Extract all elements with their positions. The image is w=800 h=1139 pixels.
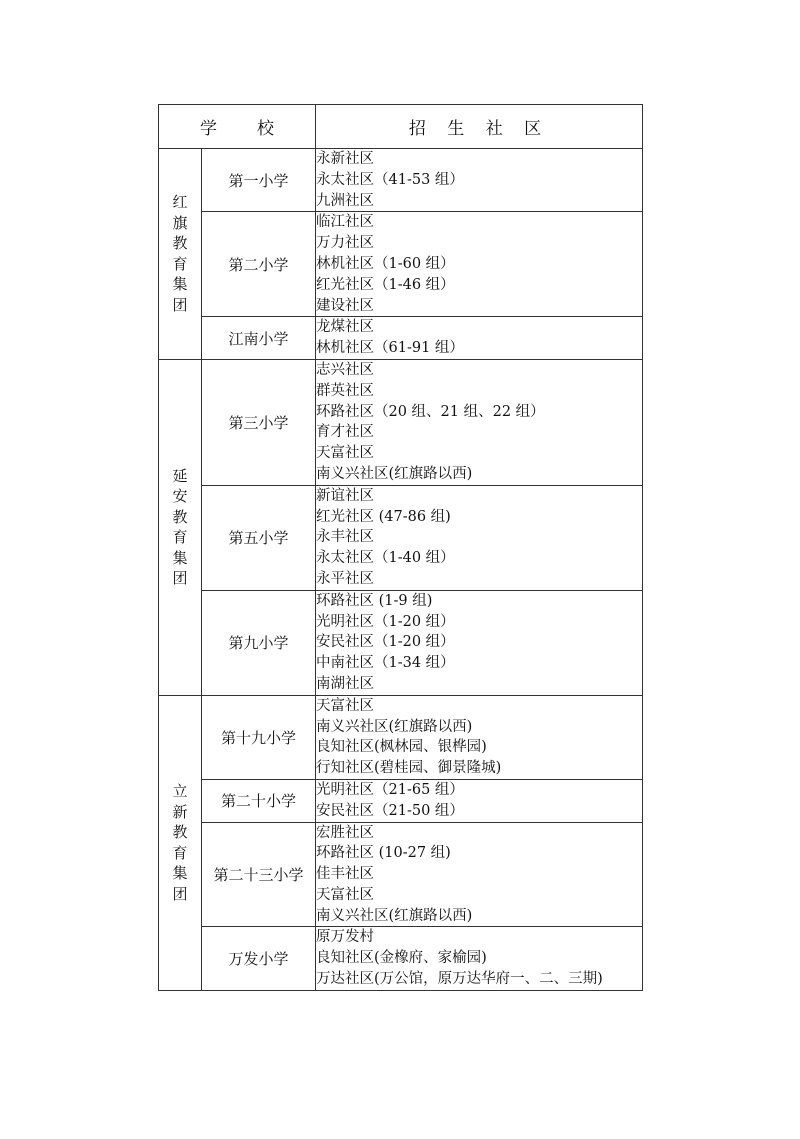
community-item: 万达社区(万公馆，原万达华府一、二、三期) bbox=[316, 969, 642, 990]
community-list: 龙煤社区林机社区（61-91 组） bbox=[316, 317, 643, 360]
school-name: 第九小学 bbox=[202, 590, 316, 695]
community-list: 光明社区（21-65 组）安民社区（21-50 组） bbox=[316, 779, 643, 822]
community-item: 南湖社区 bbox=[316, 674, 642, 695]
community-item: 林机社区（1-60 组） bbox=[316, 254, 642, 275]
community-item: 环路社区 (10-27 组) bbox=[316, 843, 642, 864]
community-list: 永新社区永太社区（41-53 组）九洲社区 bbox=[316, 149, 643, 212]
community-item: 南义兴社区(红旗路以西) bbox=[316, 906, 642, 927]
header-school-char1: 学 bbox=[200, 119, 217, 139]
community-item: 龙煤社区 bbox=[316, 317, 642, 338]
community-item: 安民社区（1-20 组） bbox=[316, 632, 642, 653]
community-list: 原万发村良知社区(金橡府、家榆园)万达社区(万公馆，原万达华府一、二、三期) bbox=[316, 927, 643, 990]
community-item: 永太社区（41-53 组） bbox=[316, 170, 642, 191]
community-item: 九洲社区 bbox=[316, 191, 642, 212]
community-item: 育才社区 bbox=[316, 422, 642, 443]
table-row: 第二小学临江社区万力社区林机社区（1-60 组）红光社区（1-46 组）建设社区 bbox=[159, 212, 643, 317]
community-item: 宏胜社区 bbox=[316, 823, 642, 844]
table-row: 红旗教育集团第一小学永新社区永太社区（41-53 组）九洲社区 bbox=[159, 149, 643, 212]
community-list: 环路社区 (1-9 组)光明社区（1-20 组）安民社区（1-20 组）中南社区… bbox=[316, 590, 643, 695]
table-row: 第二十小学光明社区（21-65 组）安民社区（21-50 组） bbox=[159, 779, 643, 822]
community-item: 光明社区（1-20 组） bbox=[316, 612, 642, 633]
community-item: 永平社区 bbox=[316, 569, 642, 590]
table-row: 延安教育集团第三小学志兴社区群英社区环路社区（20 组、21 组、22 组）育才… bbox=[159, 359, 643, 485]
community-item: 建设社区 bbox=[316, 296, 642, 317]
community-item: 行知社区(碧桂园、御景隆城) bbox=[316, 758, 642, 779]
community-item: 永太社区（1-40 组） bbox=[316, 548, 642, 569]
community-item: 环路社区（20 组、21 组、22 组） bbox=[316, 402, 642, 423]
school-name: 江南小学 bbox=[202, 317, 316, 360]
community-item: 安民社区（21-50 组） bbox=[316, 801, 642, 822]
group-name-text: 延安教育集团 bbox=[172, 466, 188, 589]
enrollment-table: 学校 招 生 社 区 红旗教育集团第一小学永新社区永太社区（41-53 组）九洲… bbox=[158, 104, 643, 991]
community-list: 天富社区南义兴社区(红旗路以西)良知社区(枫林园、银桦园)行知社区(碧桂园、御景… bbox=[316, 695, 643, 779]
community-item: 天富社区 bbox=[316, 696, 642, 717]
community-item: 南义兴社区(红旗路以西) bbox=[316, 464, 642, 485]
community-item: 新谊社区 bbox=[316, 486, 642, 507]
community-list: 志兴社区群英社区环路社区（20 组、21 组、22 组）育才社区天富社区南义兴社… bbox=[316, 359, 643, 485]
group-name-text: 红旗教育集团 bbox=[172, 192, 188, 315]
community-item: 天富社区 bbox=[316, 443, 642, 464]
group-name: 延安教育集团 bbox=[159, 359, 202, 695]
school-name: 第十九小学 bbox=[202, 695, 316, 779]
community-list: 临江社区万力社区林机社区（1-60 组）红光社区（1-46 组）建设社区 bbox=[316, 212, 643, 317]
header-school-char2: 校 bbox=[257, 119, 274, 139]
community-item: 林机社区（61-91 组） bbox=[316, 338, 642, 359]
school-name: 万发小学 bbox=[202, 927, 316, 990]
header-communities: 招 生 社 区 bbox=[316, 105, 643, 149]
community-item: 万力社区 bbox=[316, 233, 642, 254]
header-school: 学校 bbox=[159, 105, 316, 149]
school-name: 第五小学 bbox=[202, 485, 316, 590]
school-name: 第二小学 bbox=[202, 212, 316, 317]
community-list: 新谊社区红光社区 (47-86 组)永丰社区永太社区（1-40 组）永平社区 bbox=[316, 485, 643, 590]
community-item: 红光社区 (47-86 组) bbox=[316, 507, 642, 528]
school-name: 第一小学 bbox=[202, 149, 316, 212]
community-list: 宏胜社区环路社区 (10-27 组)佳丰社区天富社区南义兴社区(红旗路以西) bbox=[316, 822, 643, 927]
community-item: 良知社区(枫林园、银桦园) bbox=[316, 737, 642, 758]
community-item: 永丰社区 bbox=[316, 527, 642, 548]
school-name: 第二十小学 bbox=[202, 779, 316, 822]
community-item: 天富社区 bbox=[316, 885, 642, 906]
header-row: 学校 招 生 社 区 bbox=[159, 105, 643, 149]
table-row: 第五小学新谊社区红光社区 (47-86 组)永丰社区永太社区（1-40 组）永平… bbox=[159, 485, 643, 590]
school-name: 第二十三小学 bbox=[202, 822, 316, 927]
community-item: 环路社区 (1-9 组) bbox=[316, 591, 642, 612]
community-item: 志兴社区 bbox=[316, 360, 642, 381]
community-item: 临江社区 bbox=[316, 212, 642, 233]
community-item: 原万发村 bbox=[316, 927, 642, 948]
group-name: 立新教育集团 bbox=[159, 695, 202, 990]
table-row: 立新教育集团第十九小学天富社区南义兴社区(红旗路以西)良知社区(枫林园、银桦园)… bbox=[159, 695, 643, 779]
community-item: 群英社区 bbox=[316, 381, 642, 402]
school-name: 第三小学 bbox=[202, 359, 316, 485]
table-row: 万发小学原万发村良知社区(金橡府、家榆园)万达社区(万公馆，原万达华府一、二、三… bbox=[159, 927, 643, 990]
community-item: 光明社区（21-65 组） bbox=[316, 780, 642, 801]
table-row: 江南小学龙煤社区林机社区（61-91 组） bbox=[159, 317, 643, 360]
community-item: 佳丰社区 bbox=[316, 864, 642, 885]
community-item: 南义兴社区(红旗路以西) bbox=[316, 717, 642, 738]
table-row: 第九小学环路社区 (1-9 组)光明社区（1-20 组）安民社区（1-20 组）… bbox=[159, 590, 643, 695]
group-name: 红旗教育集团 bbox=[159, 149, 202, 360]
community-item: 中南社区（1-34 组） bbox=[316, 653, 642, 674]
community-item: 永新社区 bbox=[316, 149, 642, 170]
community-item: 红光社区（1-46 组） bbox=[316, 275, 642, 296]
table-row: 第二十三小学宏胜社区环路社区 (10-27 组)佳丰社区天富社区南义兴社区(红旗… bbox=[159, 822, 643, 927]
group-name-text: 立新教育集团 bbox=[172, 781, 188, 904]
community-item: 良知社区(金橡府、家榆园) bbox=[316, 948, 642, 969]
